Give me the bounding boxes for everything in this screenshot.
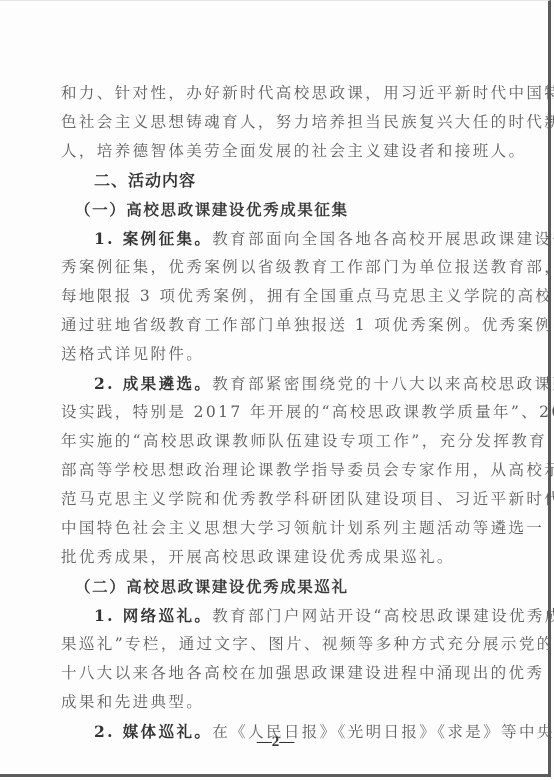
body-line: 成果和先进典型。 [61,688,451,717]
body-line: 每地限报 3 项优秀案例，拥有全国重点马克思主义学院的高校可 [61,282,451,311]
body-line: 部高等学校思想政治理论课教学指导委员会专家作用，从高校示 [61,456,451,485]
paragraph-start: 1. 案例征集。教育部面向全国各地各高校开展思政课建设优 [61,224,451,253]
page-number: —2— [0,734,551,751]
body-line: 人，培养德智体美劳全面发展的社会主义建设者和接班人。 [61,137,451,166]
page-body: 和力、针对性，办好新时代高校思政课，用习近平新时代中国特 色社会主义思想铸魂育人… [61,79,451,746]
body-line: 秀案例征集，优秀案例以省级教育工作部门为单位报送教育部， [61,253,451,282]
paragraph-text: 教育部面向全国各地各高校开展思政课建设优 [212,230,554,248]
body-line: 果巡礼”专栏，通过文字、图片、视频等多种方式充分展示党的 [61,630,451,659]
section-heading: 二、活动内容 [61,166,451,195]
document-page: 和力、针对性，办好新时代高校思政课，用习近平新时代中国特 色社会主义思想铸魂育人… [0,0,551,777]
subsection-heading: （一）高校思政课建设优秀成果征集 [61,195,451,224]
body-line: 年实施的“高校思政课教师队伍建设专项工作”，充分发挥教育 [61,427,451,456]
body-line: 通过驻地省级教育工作部门单独报送 1 项优秀案例。优秀案例报 [61,311,451,340]
body-line: 中国特色社会主义思想大学习领航计划系列主题活动等遴选一 [61,514,451,543]
paragraph-text: 教育部紧密围绕党的十八大以来高校思政课建 [212,375,554,393]
body-line: 和力、针对性，办好新时代高校思政课，用习近平新时代中国特 [61,79,451,108]
paragraph-lead: 1. 网络巡礼。 [94,606,212,625]
paragraph-start: 2. 成果遴选。教育部紧密围绕党的十八大以来高校思政课建 [61,369,451,398]
body-line: 送格式详见附件。 [61,340,451,369]
body-line: 范马克思主义学院和优秀教学科研团队建设项目、习近平新时代 [61,485,451,514]
subsection-heading: （二）高校思政课建设优秀成果巡礼 [61,572,451,601]
paragraph-lead: 1. 案例征集。 [94,229,212,248]
paragraph-start: 1. 网络巡礼。教育部门户网站开设“高校思政课建设优秀成 [61,601,451,630]
body-line: 十八大以来各地各高校在加强思政课建设进程中涌现出的优秀 [61,659,451,688]
paragraph-lead: 2. 成果遴选。 [94,374,212,393]
paragraph-text: 教育部门户网站开设“高校思政课建设优秀成 [212,607,554,625]
body-line: 色社会主义思想铸魂育人，努力培养担当民族复兴大任的时代新 [61,108,451,137]
body-line: 批优秀成果，开展高校思政课建设优秀成果巡礼。 [61,543,451,572]
body-line: 设实践，特别是 2017 年开展的“高校思政课教学质量年”、2018 [61,398,451,427]
